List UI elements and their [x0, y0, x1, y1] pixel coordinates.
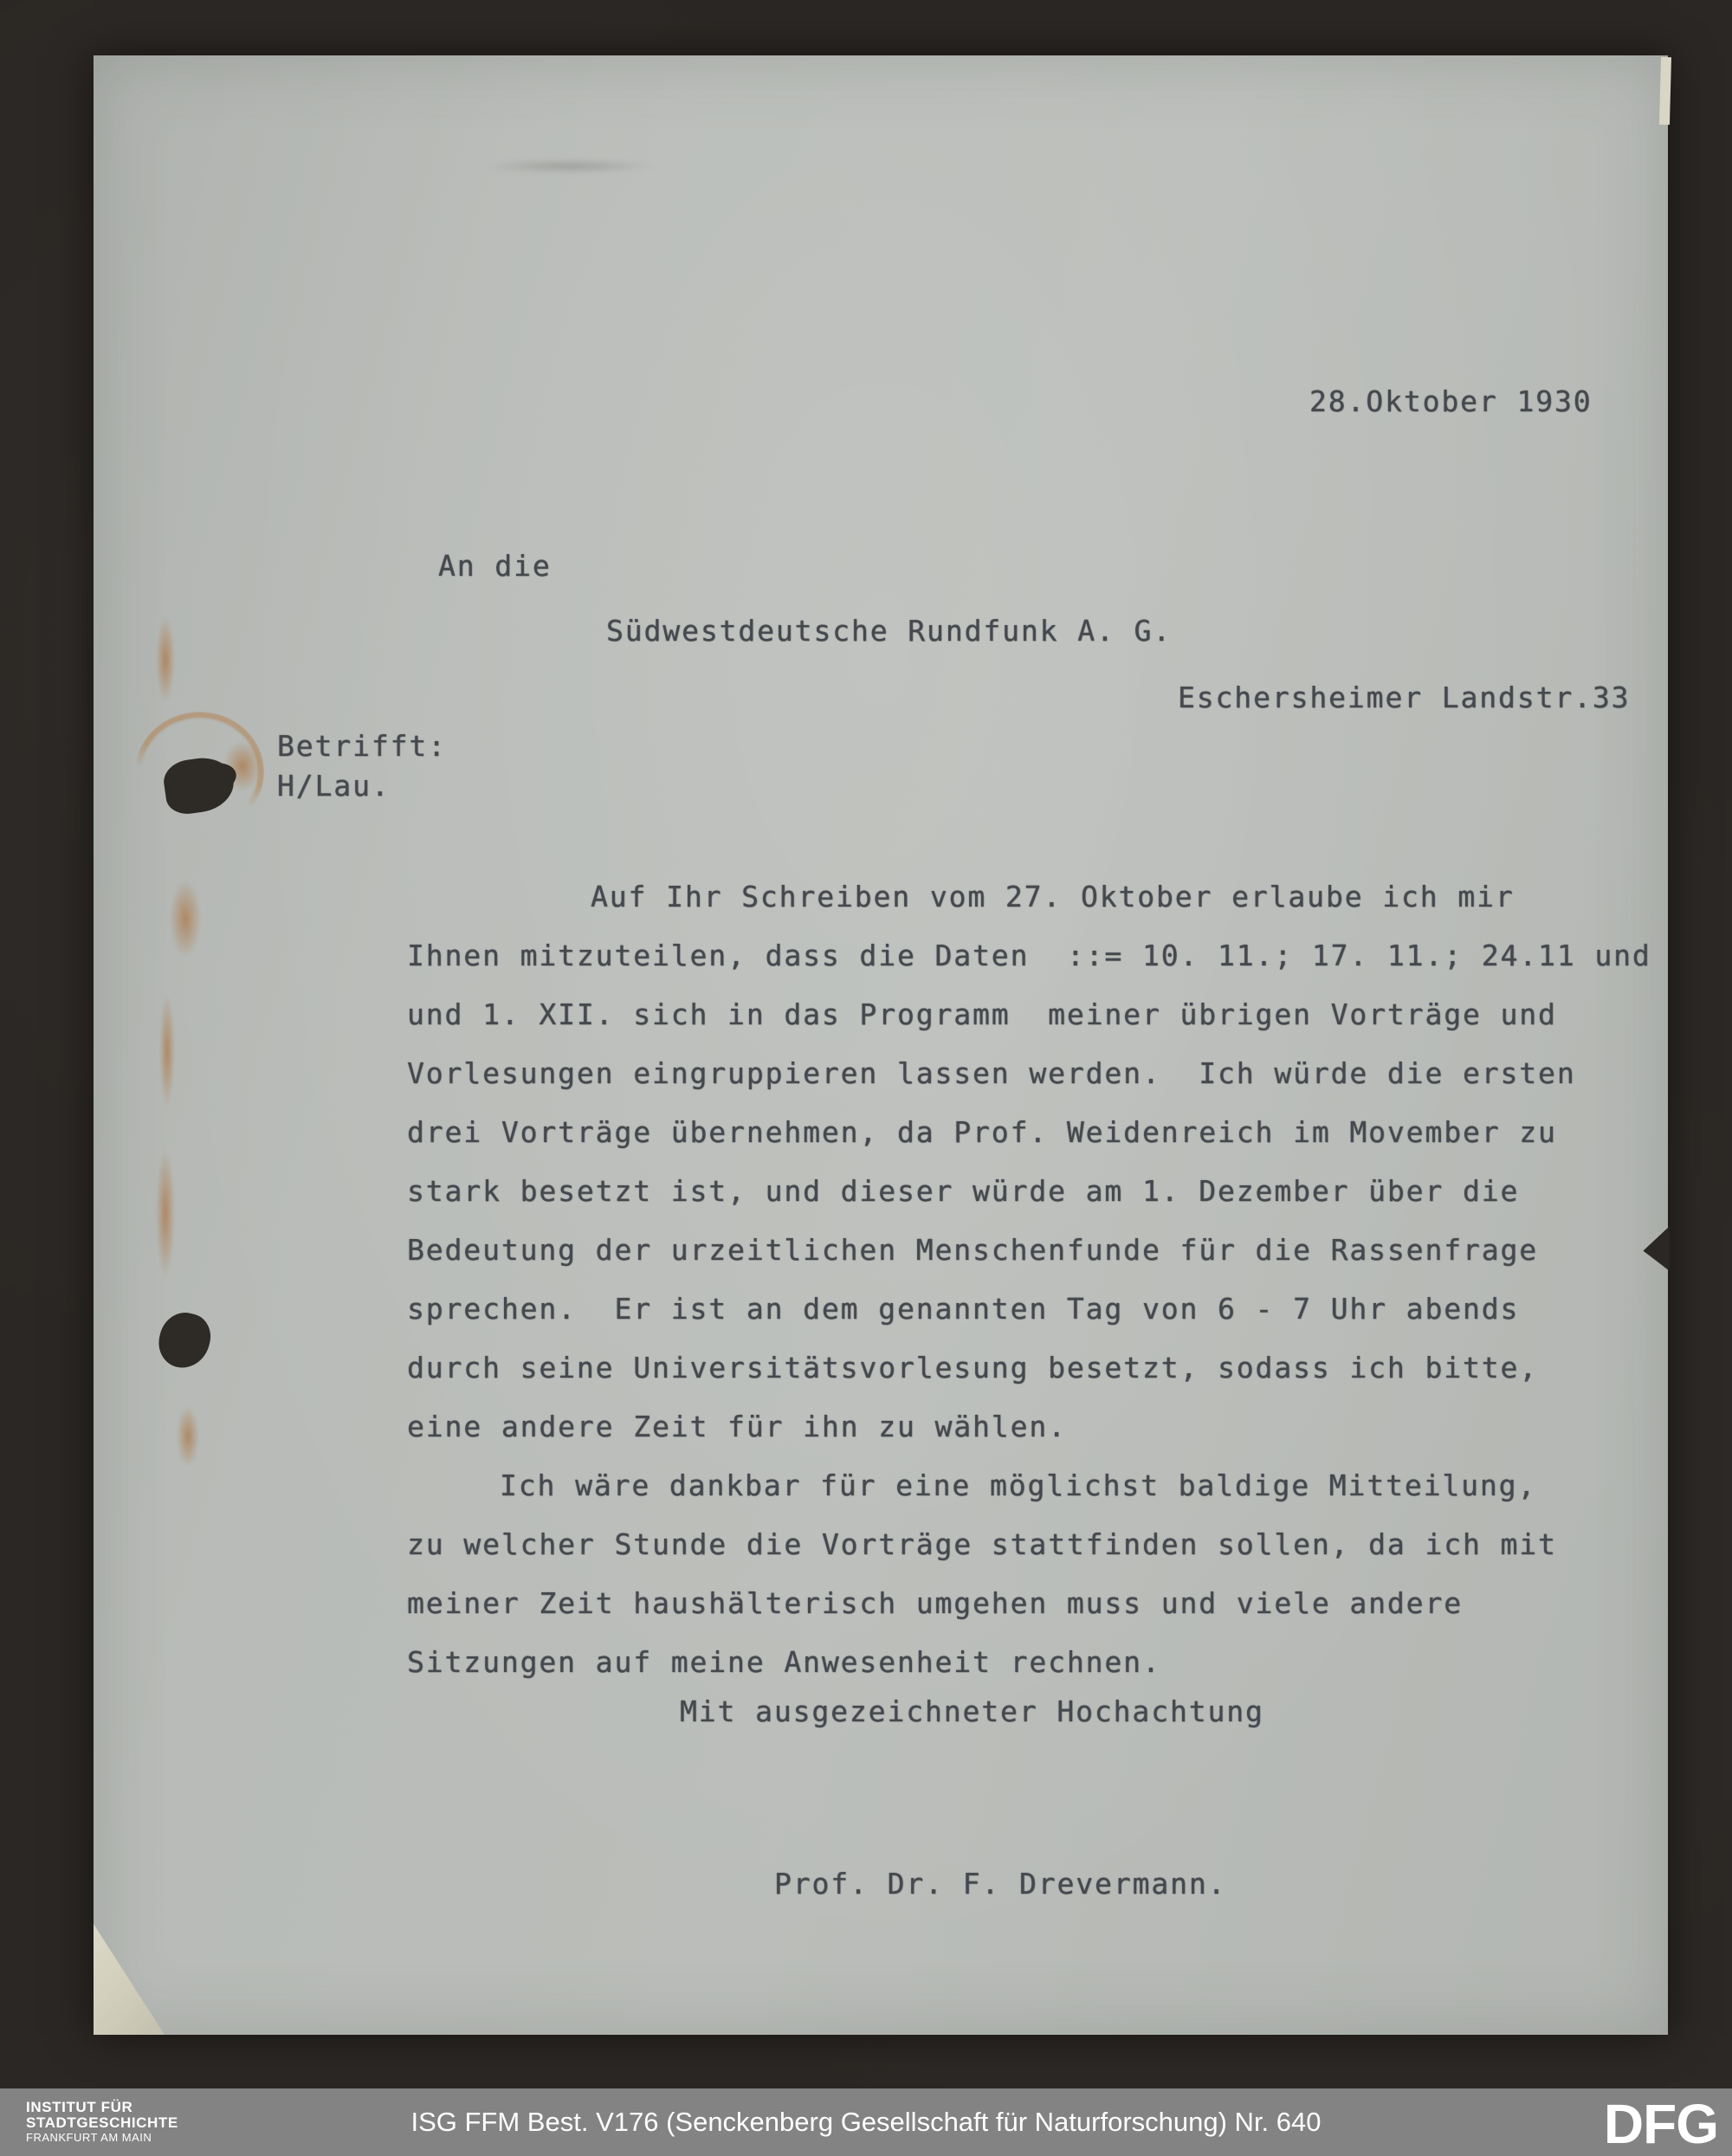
body-line: Vorlesungen eingruppieren lassen werden.…: [407, 1044, 1651, 1103]
paper-crease-smudge: [483, 159, 656, 173]
body-line: stark besetzt ist, und dieser würde am 1…: [407, 1162, 1651, 1221]
rust-stain: [177, 1406, 199, 1467]
isg-logo-line2: STADTGESCHICHTE: [26, 2115, 178, 2131]
isg-logo: INSTITUT FÜR STADTGESCHICHTE FRANKFURT A…: [26, 2100, 178, 2144]
isg-logo-line3: FRANKFURT AM MAIN: [26, 2132, 178, 2144]
body-line: drei Vorträge übernehmen, da Prof. Weide…: [407, 1103, 1651, 1162]
closing-line: Mit ausgezeichneter Hochachtung: [680, 1694, 1264, 1728]
recipient-line-company: Südwestdeutsche Rundfunk A. G.: [606, 614, 1172, 648]
punch-hole-bottom: [153, 1307, 216, 1373]
body-line: Bedeutung der urzeitlichen Menschenfunde…: [407, 1221, 1651, 1280]
corner-fold: [94, 1924, 165, 2035]
recipient-line-salutation: An die: [438, 549, 552, 583]
body-line: Ich wäre dankbar für eine möglichst bald…: [407, 1456, 1651, 1515]
body-line: zu welcher Stunde die Vorträge stattfind…: [407, 1515, 1651, 1574]
body-line: und 1. XII. sich in das Programm meiner …: [407, 985, 1651, 1044]
reference-code: H/Lau.: [277, 766, 447, 806]
letter-body: Auf Ihr Schreiben vom 27. Oktober erlaub…: [407, 868, 1651, 1692]
isg-logo-line1: INSTITUT FÜR: [26, 2100, 178, 2115]
archive-reference-text: ISG FFM Best. V176 (Senckenberg Gesellsc…: [410, 2107, 1321, 2138]
body-line: meiner Zeit haushälterisch umgehen muss …: [407, 1574, 1651, 1633]
body-line: durch seine Universitätsvorlesung besetz…: [407, 1339, 1651, 1398]
body-line: Auf Ihr Schreiben vom 27. Oktober erlaub…: [407, 868, 1651, 926]
rust-stain: [156, 616, 175, 703]
reference-block: Betrifft: H/Lau.: [277, 726, 447, 806]
letter-page: 28.Oktober 1930 An die Südwestdeutsche R…: [94, 55, 1668, 2035]
body-line: Sitzungen auf meine Anwesenheit rechnen.: [407, 1633, 1651, 1692]
rust-stain: [159, 995, 175, 1107]
body-line: Ihnen mitzuteilen, dass die Daten ::= 10…: [407, 926, 1651, 985]
signature-line: Prof. Dr. F. Drevermann.: [774, 1867, 1226, 1901]
recipient-line-street: Eschersheimer Landstr.33: [1178, 681, 1630, 714]
rust-stain: [156, 1148, 175, 1278]
top-right-fold-sliver: [1659, 57, 1671, 125]
body-line: sprechen. Er ist an dem genannten Tag vo…: [407, 1280, 1651, 1339]
archive-footer-bar: INSTITUT FÜR STADTGESCHICHTE FRANKFURT A…: [0, 2088, 1732, 2156]
date-line: 28.Oktober 1930: [1309, 384, 1593, 418]
rust-stain: [170, 880, 201, 958]
dfg-logo: DFG: [1604, 2092, 1718, 2156]
reference-label: Betrifft:: [277, 726, 447, 766]
body-line: eine andere Zeit für ihn zu wählen.: [407, 1398, 1651, 1456]
